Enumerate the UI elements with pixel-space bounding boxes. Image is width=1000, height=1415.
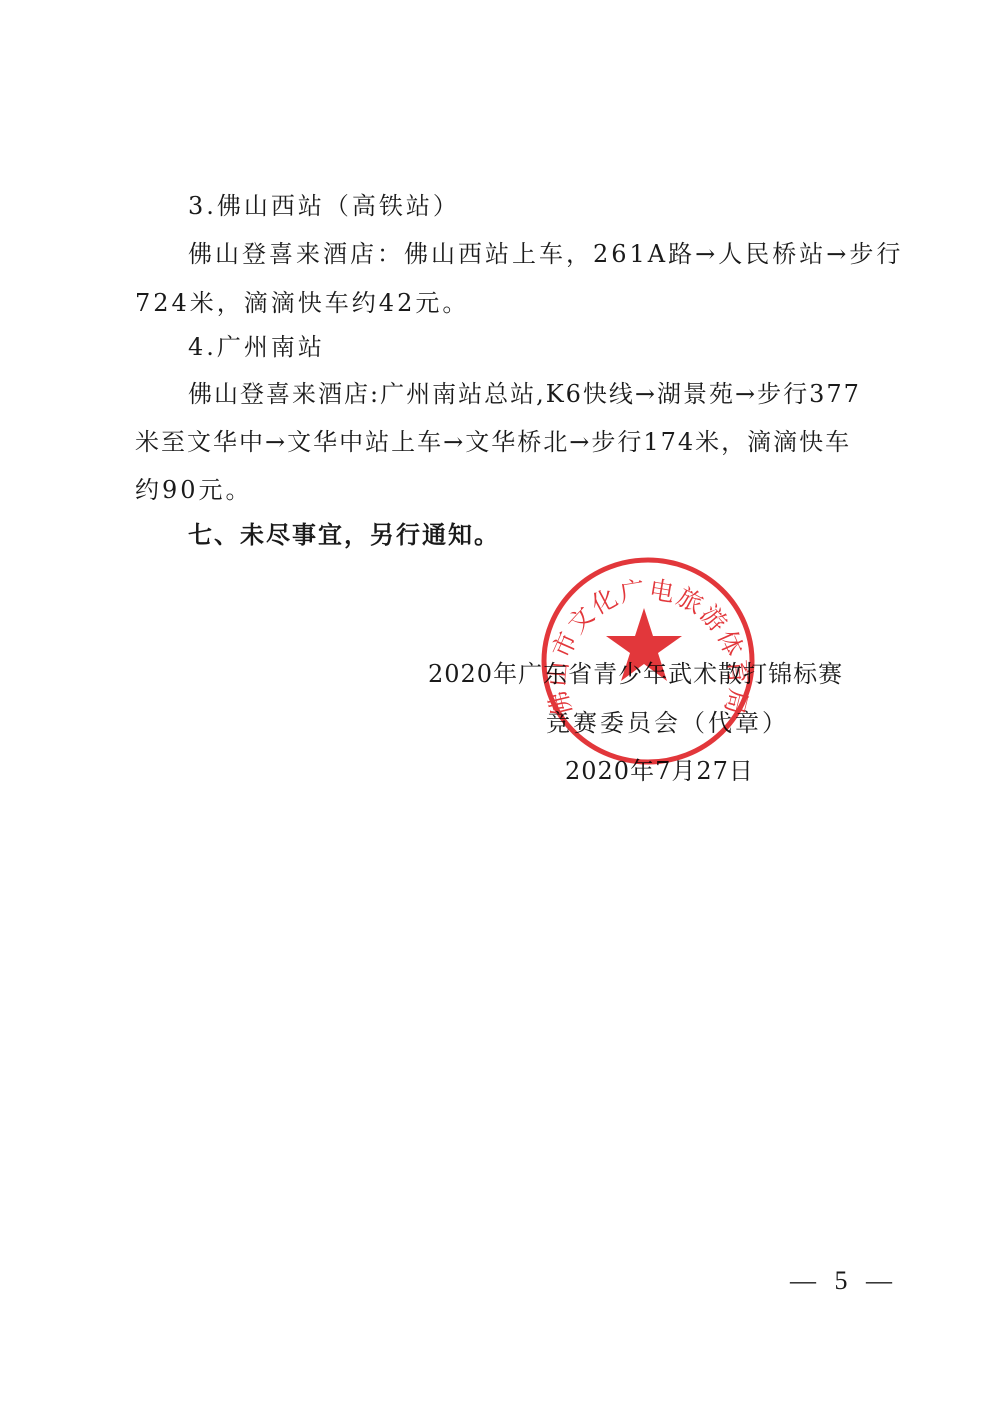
signature-org-line1: 2020年广东省青少年武术散打锦标赛 xyxy=(428,660,843,688)
section-heading-guangzhou-south: 4.广州南站 xyxy=(188,333,325,361)
signature-date: 2020年7月27日 xyxy=(565,757,754,785)
closing-item: 七、未尽事宜，另行通知。 xyxy=(188,521,500,549)
section-body-line: 米至文华中→文华中站上车→文华桥北→步行174米，滴滴快车 xyxy=(135,428,851,456)
section-body-text: 佛山登喜来酒店：佛山西站上车，261A路→人民桥站→步行 xyxy=(188,240,903,268)
section-body-line: 约90元。 xyxy=(135,476,253,504)
page-number: — 5 — xyxy=(790,1266,898,1296)
section-body-line: 佛山登喜来酒店：佛山西站上车，261A路→人民桥站→步行 xyxy=(188,240,878,268)
signature-org-line2: 竞赛委员会（代章） xyxy=(546,709,789,737)
section-body-line: 724米，滴滴快车约42元。 xyxy=(135,289,469,317)
section-body-line: 佛山登喜来酒店:广州南站总站,K6快线→湖景苑→步行377 xyxy=(188,380,861,408)
section-heading-foshan-west: 3.佛山西站（高铁站） xyxy=(188,192,460,220)
stamp-text: 佛山市文化广电旅游体育局 xyxy=(542,575,754,719)
